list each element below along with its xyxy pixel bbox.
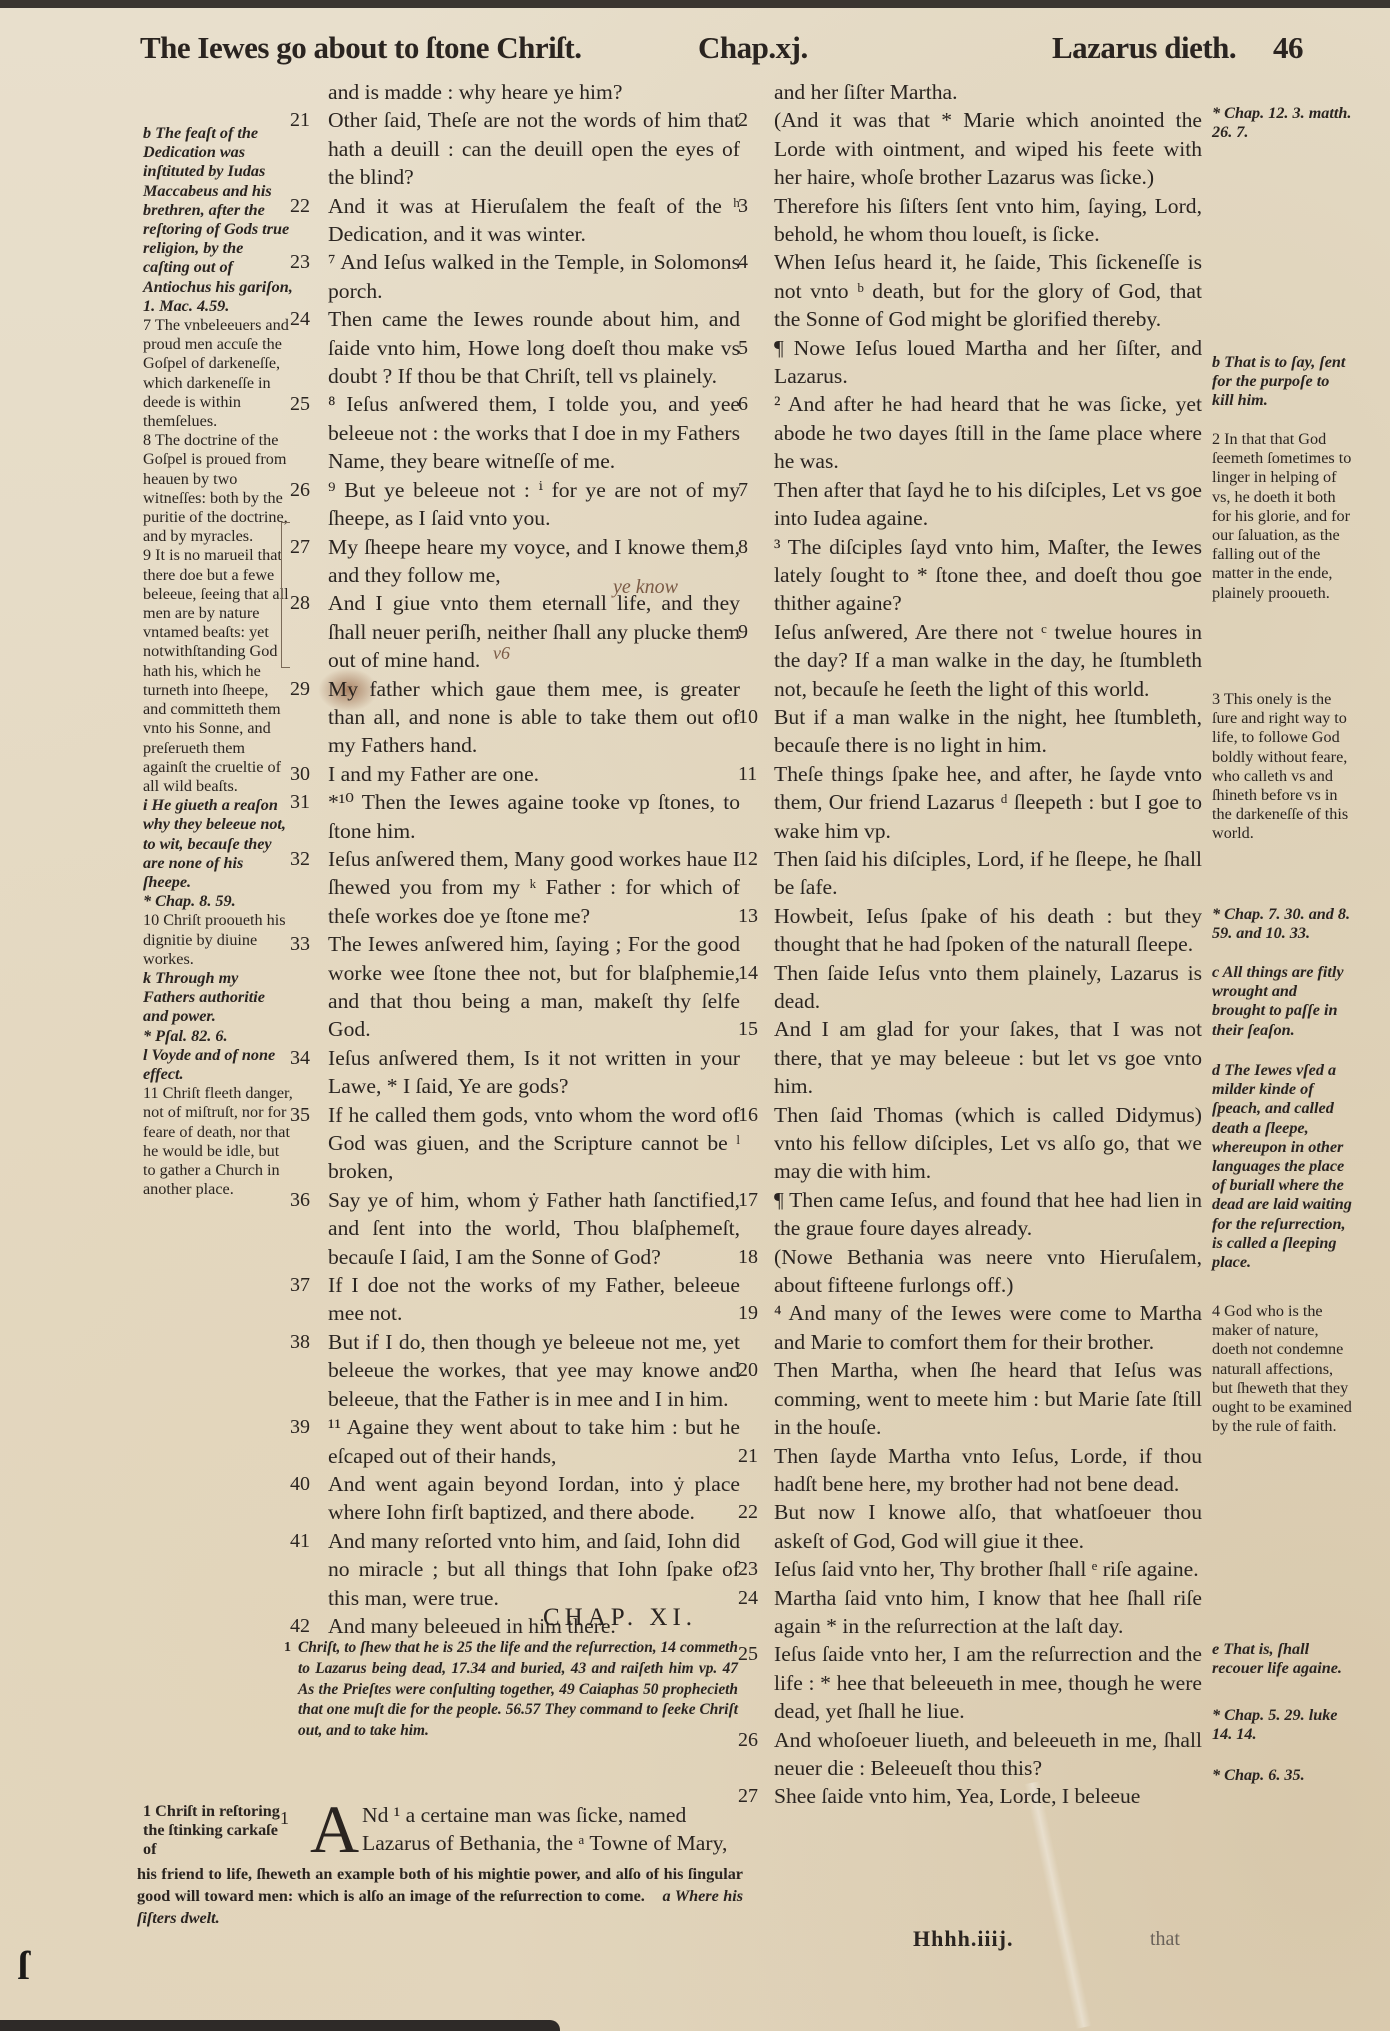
verse-number: 38 xyxy=(290,1328,310,1356)
verse-number: 17 xyxy=(738,1186,758,1214)
verse: 23⁷ And Ieſus walked in the Temple, in S… xyxy=(316,248,740,305)
margin-note: k Through my Fathers authoritie and powe… xyxy=(143,969,293,1027)
verse: 6² And after he had heard that he was ſi… xyxy=(762,390,1202,475)
verse: 38But if I do, then though ye beleeue no… xyxy=(316,1328,740,1413)
verse: 35If he called them gods, vnto whom the … xyxy=(316,1101,740,1186)
verse-number: 21 xyxy=(738,1442,758,1470)
summary-number: 1 xyxy=(284,1638,291,1659)
right-text-column: and her ſiſter Martha. 2(And it was that… xyxy=(762,78,1202,1811)
verse: 21Then ſayde Martha vnto Ieſus, Lorde, i… xyxy=(762,1442,1202,1499)
verse-number: 7 xyxy=(738,476,748,504)
verse-number: 24 xyxy=(738,1584,758,1612)
scan-border-bottom xyxy=(0,2020,560,2031)
verse-number: 20 xyxy=(738,1356,758,1384)
verse-number: 16 xyxy=(738,1101,758,1129)
page-number: 46 xyxy=(1273,30,1303,66)
margin-note: l Voyde and of none effect. xyxy=(143,1046,293,1084)
verse-number: 23 xyxy=(290,248,310,276)
verse: 21Other ſaid, Theſe are not the words of… xyxy=(316,106,740,191)
header-right-title: Lazarus dieth. xyxy=(1052,30,1236,66)
margin-note: i He giueth a reaſon why they beleeue no… xyxy=(143,796,293,892)
margin-note: 4 God who is the maker of nature, doeth … xyxy=(1212,1302,1352,1436)
verse: 22And it was at Hieruſalem the feaſt of … xyxy=(316,192,740,249)
margin-note: * Chap. 8. 59. xyxy=(143,892,293,911)
catchword: that xyxy=(1150,1928,1180,1951)
verse-number: 8 xyxy=(738,533,748,561)
page-scan: The Iewes go about to ſtone Chriſt. Chap… xyxy=(0,0,1390,2031)
verse: 3Therefore his ſiſters ſent vnto him, ſa… xyxy=(762,192,1202,249)
verse-number: 33 xyxy=(290,930,310,958)
verse-number: 9 xyxy=(738,618,748,646)
verse: 26And whoſoeuer liueth, and beleeueth in… xyxy=(762,1726,1202,1783)
verse: 27Shee ſaide vnto him, Yea, Lorde, I bel… xyxy=(762,1782,1202,1810)
verse: 25Ieſus ſaide vnto her, I am the reſurre… xyxy=(762,1640,1202,1725)
verse-number: 27 xyxy=(738,1782,758,1810)
verse-number: 18 xyxy=(738,1243,758,1271)
verse-number: 25 xyxy=(290,390,310,418)
verse: 20Then Martha, when ſhe heard that Ieſus… xyxy=(762,1356,1202,1441)
margin-note: 10 Chriſt prooueth his dignitie by diuin… xyxy=(143,911,293,969)
verse-number: 42 xyxy=(290,1612,310,1640)
verse: 14Then ſaide Ieſus vnto them plainely, L… xyxy=(762,959,1202,1016)
verse: 17¶ Then came Ieſus, and found that hee … xyxy=(762,1186,1202,1243)
verse: 15And I am glad for your ſakes, that I w… xyxy=(762,1015,1202,1100)
verse: 12Then ſaid his diſciples, Lord, if he ſ… xyxy=(762,845,1202,902)
chapter-summary: 1 Chriſt, to ſhew that he is 25 the life… xyxy=(298,1638,738,1742)
left-text-column: and is madde : why heare ye him? 21Other… xyxy=(316,78,740,1640)
verse-number: 13 xyxy=(738,902,758,930)
verse: 26⁹ But ye beleeue not : ⁱ for ye are no… xyxy=(316,476,740,533)
margin-note: e That is, ſhall recouer life againe. xyxy=(1212,1640,1352,1678)
verse: 13Howbeit, Ieſus ſpake of his death : bu… xyxy=(762,902,1202,959)
verse-number: 36 xyxy=(290,1186,310,1214)
margin-note: 1 Chriſt in reſtoring the ſtinking carka… xyxy=(143,1802,293,1860)
verse: 28And I giue vnto them eternall life, an… xyxy=(316,589,740,674)
scan-border-top xyxy=(0,0,1390,8)
margin-note: * Chap. 5. 29. luke 14. 14. xyxy=(1212,1706,1352,1744)
verse-number: 30 xyxy=(290,760,310,788)
verse-1: 1 A Nd ¹ a certaine man was ſicke, named… xyxy=(290,1801,740,1857)
verse: 39¹¹ Againe they went about to take him … xyxy=(316,1413,740,1470)
running-header: The Iewes go about to ſtone Chriſt. Chap… xyxy=(140,30,1340,80)
verse-number: 6 xyxy=(738,390,748,418)
verse-number: 41 xyxy=(290,1527,310,1555)
drop-cap: A xyxy=(310,1795,359,1863)
verse: 22But now I knowe alſo, that whatſoeuer … xyxy=(762,1498,1202,1555)
manuscript-bracket xyxy=(281,522,290,668)
verse-number: 25 xyxy=(738,1640,758,1668)
margin-note: 3 This onely is the ſure and right way t… xyxy=(1212,690,1352,844)
verse-number: 29 xyxy=(290,675,310,703)
verse: 29My father which gaue them mee, is grea… xyxy=(316,675,740,760)
verse-number: 26 xyxy=(290,476,310,504)
verse-number: 10 xyxy=(738,703,758,731)
verse-number: 5 xyxy=(738,334,748,362)
verse-number: 35 xyxy=(290,1101,310,1129)
header-chapter: Chap.xj. xyxy=(698,30,808,66)
verse: 16Then ſaid Thomas (which is called Didy… xyxy=(762,1101,1202,1186)
verse-number: 37 xyxy=(290,1271,310,1299)
verse-number: 3 xyxy=(738,192,748,220)
margin-note: b That is to ſay, ſent for the purpoſe t… xyxy=(1212,353,1352,411)
verse: 34Ieſus anſwered them, Is it not written… xyxy=(316,1044,740,1101)
verse-number: 34 xyxy=(290,1044,310,1072)
verse-number: 4 xyxy=(738,248,748,276)
verse: 32Ieſus anſwered them, Many good workes … xyxy=(316,845,740,930)
verse-number: 23 xyxy=(738,1555,758,1583)
verse: 7Then after that ſayd he to his diſciple… xyxy=(762,476,1202,533)
verse: 9Ieſus anſwered, Are there not ᶜ twelue … xyxy=(762,618,1202,703)
margin-note: 2 In that that God ſeemeth ſometimes to … xyxy=(1212,430,1352,603)
verse-number: 27 xyxy=(290,533,310,561)
verse-number: 40 xyxy=(290,1470,310,1498)
verse-number: 28 xyxy=(290,589,310,617)
verse-continuation: and is madde : why heare ye him? xyxy=(316,78,740,106)
paper-crease xyxy=(1024,1781,1092,2029)
verse-number: 22 xyxy=(738,1498,758,1526)
verse: 37If I doe not the works of my Father, b… xyxy=(316,1271,740,1328)
left-margin-notes: b The feaſt of the Dedication was inſtit… xyxy=(143,124,293,1199)
ink-mark: ſ xyxy=(18,1942,29,1989)
verse: 5¶ Nowe Ieſus loued Martha and her ſiſte… xyxy=(762,334,1202,391)
margin-note: * Chap. 7. 30. and 8. 59. and 10. 33. xyxy=(1212,905,1352,943)
verse: 2(And it was that * Marie which anointed… xyxy=(762,106,1202,191)
verse-number: 11 xyxy=(738,760,757,788)
verse: 19⁴ And many of the Iewes were come to M… xyxy=(762,1299,1202,1356)
verse: 11Theſe things ſpake hee, and after, he … xyxy=(762,760,1202,845)
verse: 40And went again beyond Iordan, into ẏ p… xyxy=(316,1470,740,1527)
verse-number: 22 xyxy=(290,192,310,220)
header-left-title: The Iewes go about to ſtone Chriſt. xyxy=(140,30,581,66)
verse: 8³ The diſciples ſayd vnto him, Maſter, … xyxy=(762,533,1202,618)
verse: 36Say ye of him, whom ẏ Father hath ſanc… xyxy=(316,1186,740,1271)
verse-number: 24 xyxy=(290,305,310,333)
verse-number: 14 xyxy=(738,959,758,987)
signature-mark: Hhhh.iiij. xyxy=(913,1926,1013,1952)
summary-text: Chriſt, to ſhew that he is 25 the life a… xyxy=(298,1639,738,1739)
verse: 10But if a man walke in the night, hee ſ… xyxy=(762,703,1202,760)
margin-note: d The Iewes vſed a milder kinde of ſpeac… xyxy=(1212,1061,1352,1272)
verse: 33The Iewes anſwered him, ſaying ; For t… xyxy=(316,930,740,1044)
margin-note: 11 Chriſt fleeth danger, not of miſtruſt… xyxy=(143,1084,293,1199)
verse: 18(Nowe Bethania was neere vnto Hieruſal… xyxy=(762,1243,1202,1300)
margin-note: c All things are fitly wrought and broug… xyxy=(1212,963,1352,1040)
verse-number: 39 xyxy=(290,1413,310,1441)
verse-number: 32 xyxy=(290,845,310,873)
verse-number: 1 xyxy=(280,1804,289,1832)
margin-note: b The feaſt of the Dedication was inſtit… xyxy=(143,124,293,316)
verse-number: 26 xyxy=(738,1726,758,1754)
margin-note: * Pſal. 82. 6. xyxy=(143,1027,293,1046)
verse-number: 12 xyxy=(738,845,758,873)
verse-continuation: and her ſiſter Martha. xyxy=(762,78,1202,106)
verse: 4When Ieſus heard it, he ſaide, This ſic… xyxy=(762,248,1202,333)
verse: 23Ieſus ſaid vnto her, Thy brother ſhall… xyxy=(762,1555,1202,1583)
verse: 27My ſheepe heare my voyce, and I knowe … xyxy=(316,533,740,590)
margin-note: 8 The doctrine of the Goſpel is proued f… xyxy=(143,431,293,546)
margin-note: 7 The vnbeleeuers and proud men accuſe t… xyxy=(143,316,293,431)
verse: 41And many reſorted vnto him, and ſaid, … xyxy=(316,1527,740,1612)
margin-note: * Chap. 12. 3. matth. 26. 7. xyxy=(1212,104,1352,142)
verse-number: 31 xyxy=(290,788,310,816)
margin-note: * Chap. 6. 35. xyxy=(1212,1766,1352,1785)
verse-number: 15 xyxy=(738,1015,758,1043)
wide-margin-note: his friend to life, ſheweth an example b… xyxy=(137,1863,743,1929)
verse: 31*¹⁰ Then the Iewes againe tooke vp ſto… xyxy=(316,788,740,845)
verse-number: 19 xyxy=(738,1299,758,1327)
verse-number: 2 xyxy=(738,106,748,134)
verse: 30I and my Father are one. xyxy=(316,760,740,788)
verse: 24Then came the Iewes rounde about him, … xyxy=(316,305,740,390)
margin-note: 9 It is no marueil that there doe but a … xyxy=(143,546,293,796)
verse: 24Martha ſaid vnto him, I know that hee … xyxy=(762,1584,1202,1641)
verse-number: 21 xyxy=(290,106,310,134)
verse: 25⁸ Ieſus anſwered them, I tolde you, an… xyxy=(316,390,740,475)
